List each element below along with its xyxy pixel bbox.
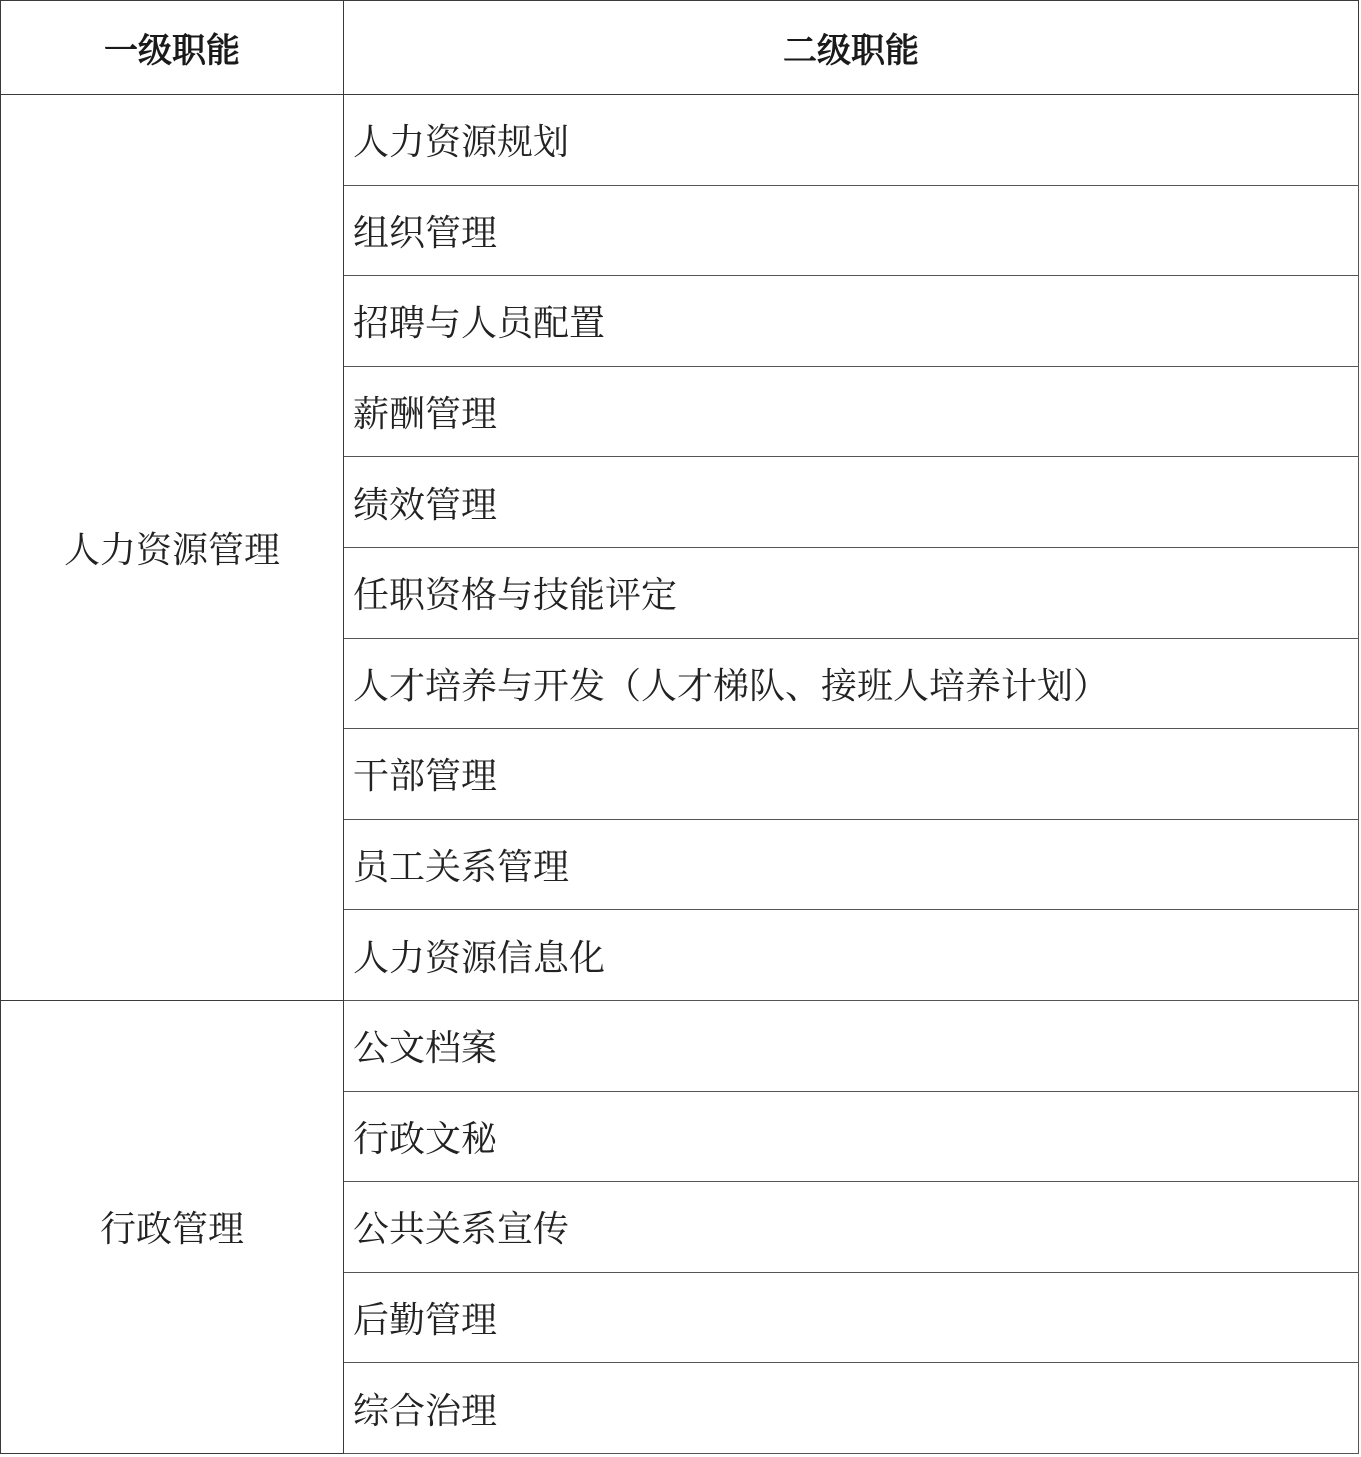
table-row: 行政管理 公文档案 [1, 1000, 1359, 1091]
level2-cell: 人力资源信息化 [344, 910, 1359, 1001]
level2-cell: 公共关系宣传 [344, 1182, 1359, 1273]
function-table: 一级职能 二级职能 人力资源管理 人力资源规划 组织管理 招聘与人员配置 薪酬管… [0, 0, 1359, 1454]
level2-cell: 干部管理 [344, 729, 1359, 820]
table-row: 人力资源管理 人力资源规划 [1, 95, 1359, 186]
level2-cell: 后勤管理 [344, 1272, 1359, 1363]
level2-cell: 人力资源规划 [344, 95, 1359, 186]
level2-cell: 综合治理 [344, 1363, 1359, 1454]
level2-cell: 招聘与人员配置 [344, 276, 1359, 367]
header-row: 一级职能 二级职能 [1, 1, 1359, 95]
level2-cell: 员工关系管理 [344, 819, 1359, 910]
header-level2: 二级职能 [344, 1, 1359, 95]
level1-cell: 行政管理 [1, 1000, 344, 1453]
level2-cell: 公文档案 [344, 1000, 1359, 1091]
level2-cell: 人才培养与开发（人才梯队、接班人培养计划） [344, 638, 1359, 729]
level1-cell: 人力资源管理 [1, 95, 344, 1001]
level2-cell: 绩效管理 [344, 457, 1359, 548]
level2-cell: 行政文秘 [344, 1091, 1359, 1182]
level2-cell: 薪酬管理 [344, 366, 1359, 457]
level2-cell: 组织管理 [344, 185, 1359, 276]
header-level1: 一级职能 [1, 1, 344, 95]
level2-cell: 任职资格与技能评定 [344, 547, 1359, 638]
